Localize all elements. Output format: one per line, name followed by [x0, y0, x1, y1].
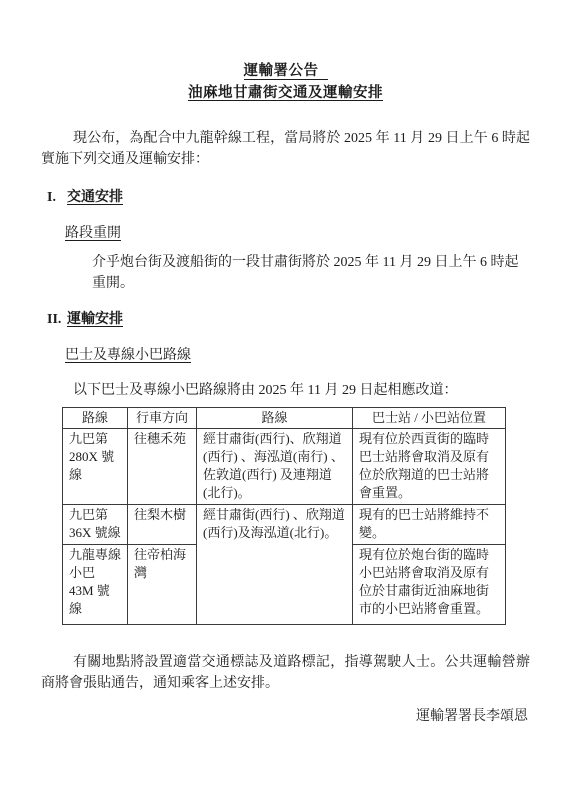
- doc-subtitle: 油麻地甘肅街交通及運輸安排: [41, 82, 530, 104]
- header-route: 路線: [63, 408, 128, 429]
- header-direction: 行車方向: [128, 408, 197, 429]
- header-path: 路線: [197, 408, 353, 429]
- direction-cell: 往穗禾苑: [128, 429, 197, 505]
- bus-routes-subheading: 巴士及專線小巴路線: [65, 345, 530, 366]
- road-reopening-subheading: 路段重開: [65, 223, 530, 244]
- intro-paragraph: 現公布，為配合中九龍幹線工程，當局將於 2025 年 11 月 29 日上午 6…: [41, 128, 530, 170]
- path-cell: 經甘肅街(西行) 、欣翔道(西行)及海泓道(北行)。: [197, 505, 353, 625]
- table-row: 九巴第 280X 號線 往穗禾苑 經甘肅街(西行)、欣翔道(西行) 、海泓道(南…: [63, 429, 506, 505]
- title-block: 運輸署公告 油麻地甘肅街交通及運輸安排: [41, 60, 530, 104]
- section-2-label: 運輸安排: [67, 312, 123, 327]
- direction-cell: 往梨木樹: [128, 505, 197, 545]
- stop-cell: 現有位於炮台街的臨時小巴站將會取消及原有位於甘肅街近油麻地街市的小巴站將會重置。: [353, 545, 506, 625]
- section-1-label: 交通安排: [67, 190, 123, 205]
- path-cell: 經甘肅街(西行)、欣翔道(西行) 、海泓道(南行) 、佐敦道(西行) 及連翔道(…: [197, 429, 353, 505]
- notice-document: 運輸署公告 油麻地甘肅街交通及運輸安排 現公布，為配合中九龍幹線工程，當局將於 …: [0, 0, 566, 727]
- header-stop: 巴士站 / 小巴站位置: [353, 408, 506, 429]
- route-cell: 九龍專線小巴 43M 號線: [63, 545, 128, 625]
- stop-cell: 現有的巴士站將維持不變。: [353, 505, 506, 545]
- stop-cell: 現有位於西貢街的臨時巴士站將會取消及原有位於欣翔道的巴士站將會重置。: [353, 429, 506, 505]
- direction-cell: 往帝柏海灣: [128, 545, 197, 625]
- section-1-heading: I.交通安排: [47, 187, 530, 208]
- table-lead-paragraph: 以下巴士及專線小巴路線將由 2025 年 11 月 29 日起相應改道：: [41, 380, 530, 401]
- road-reopening-paragraph: 介乎炮台街及渡船街的一段甘肅街將於 2025 年 11 月 29 日上午 6 時…: [92, 252, 530, 294]
- table-header-row: 路線 行車方向 路線 巴士站 / 小巴站位置: [63, 408, 506, 429]
- section-2-heading: II.運輸安排: [47, 309, 530, 330]
- route-cell: 九巴第 280X 號線: [63, 429, 128, 505]
- signature: 運輸署署長李頌恩: [41, 706, 530, 727]
- closing-paragraph: 有關地點將設置適當交通標誌及道路標記，指導駕駛人士。公共運輸營辦商將會張貼通告，…: [41, 652, 530, 694]
- routes-table: 路線 行車方向 路線 巴士站 / 小巴站位置 九巴第 280X 號線 往穗禾苑 …: [62, 407, 506, 625]
- doc-title: 運輸署公告: [41, 60, 530, 82]
- table-row: 九巴第 36X 號線 往梨木樹 經甘肅街(西行) 、欣翔道(西行)及海泓道(北行…: [63, 505, 506, 545]
- section-2-number: II.: [47, 309, 66, 330]
- route-cell: 九巴第 36X 號線: [63, 505, 128, 545]
- section-1-number: I.: [47, 187, 66, 208]
